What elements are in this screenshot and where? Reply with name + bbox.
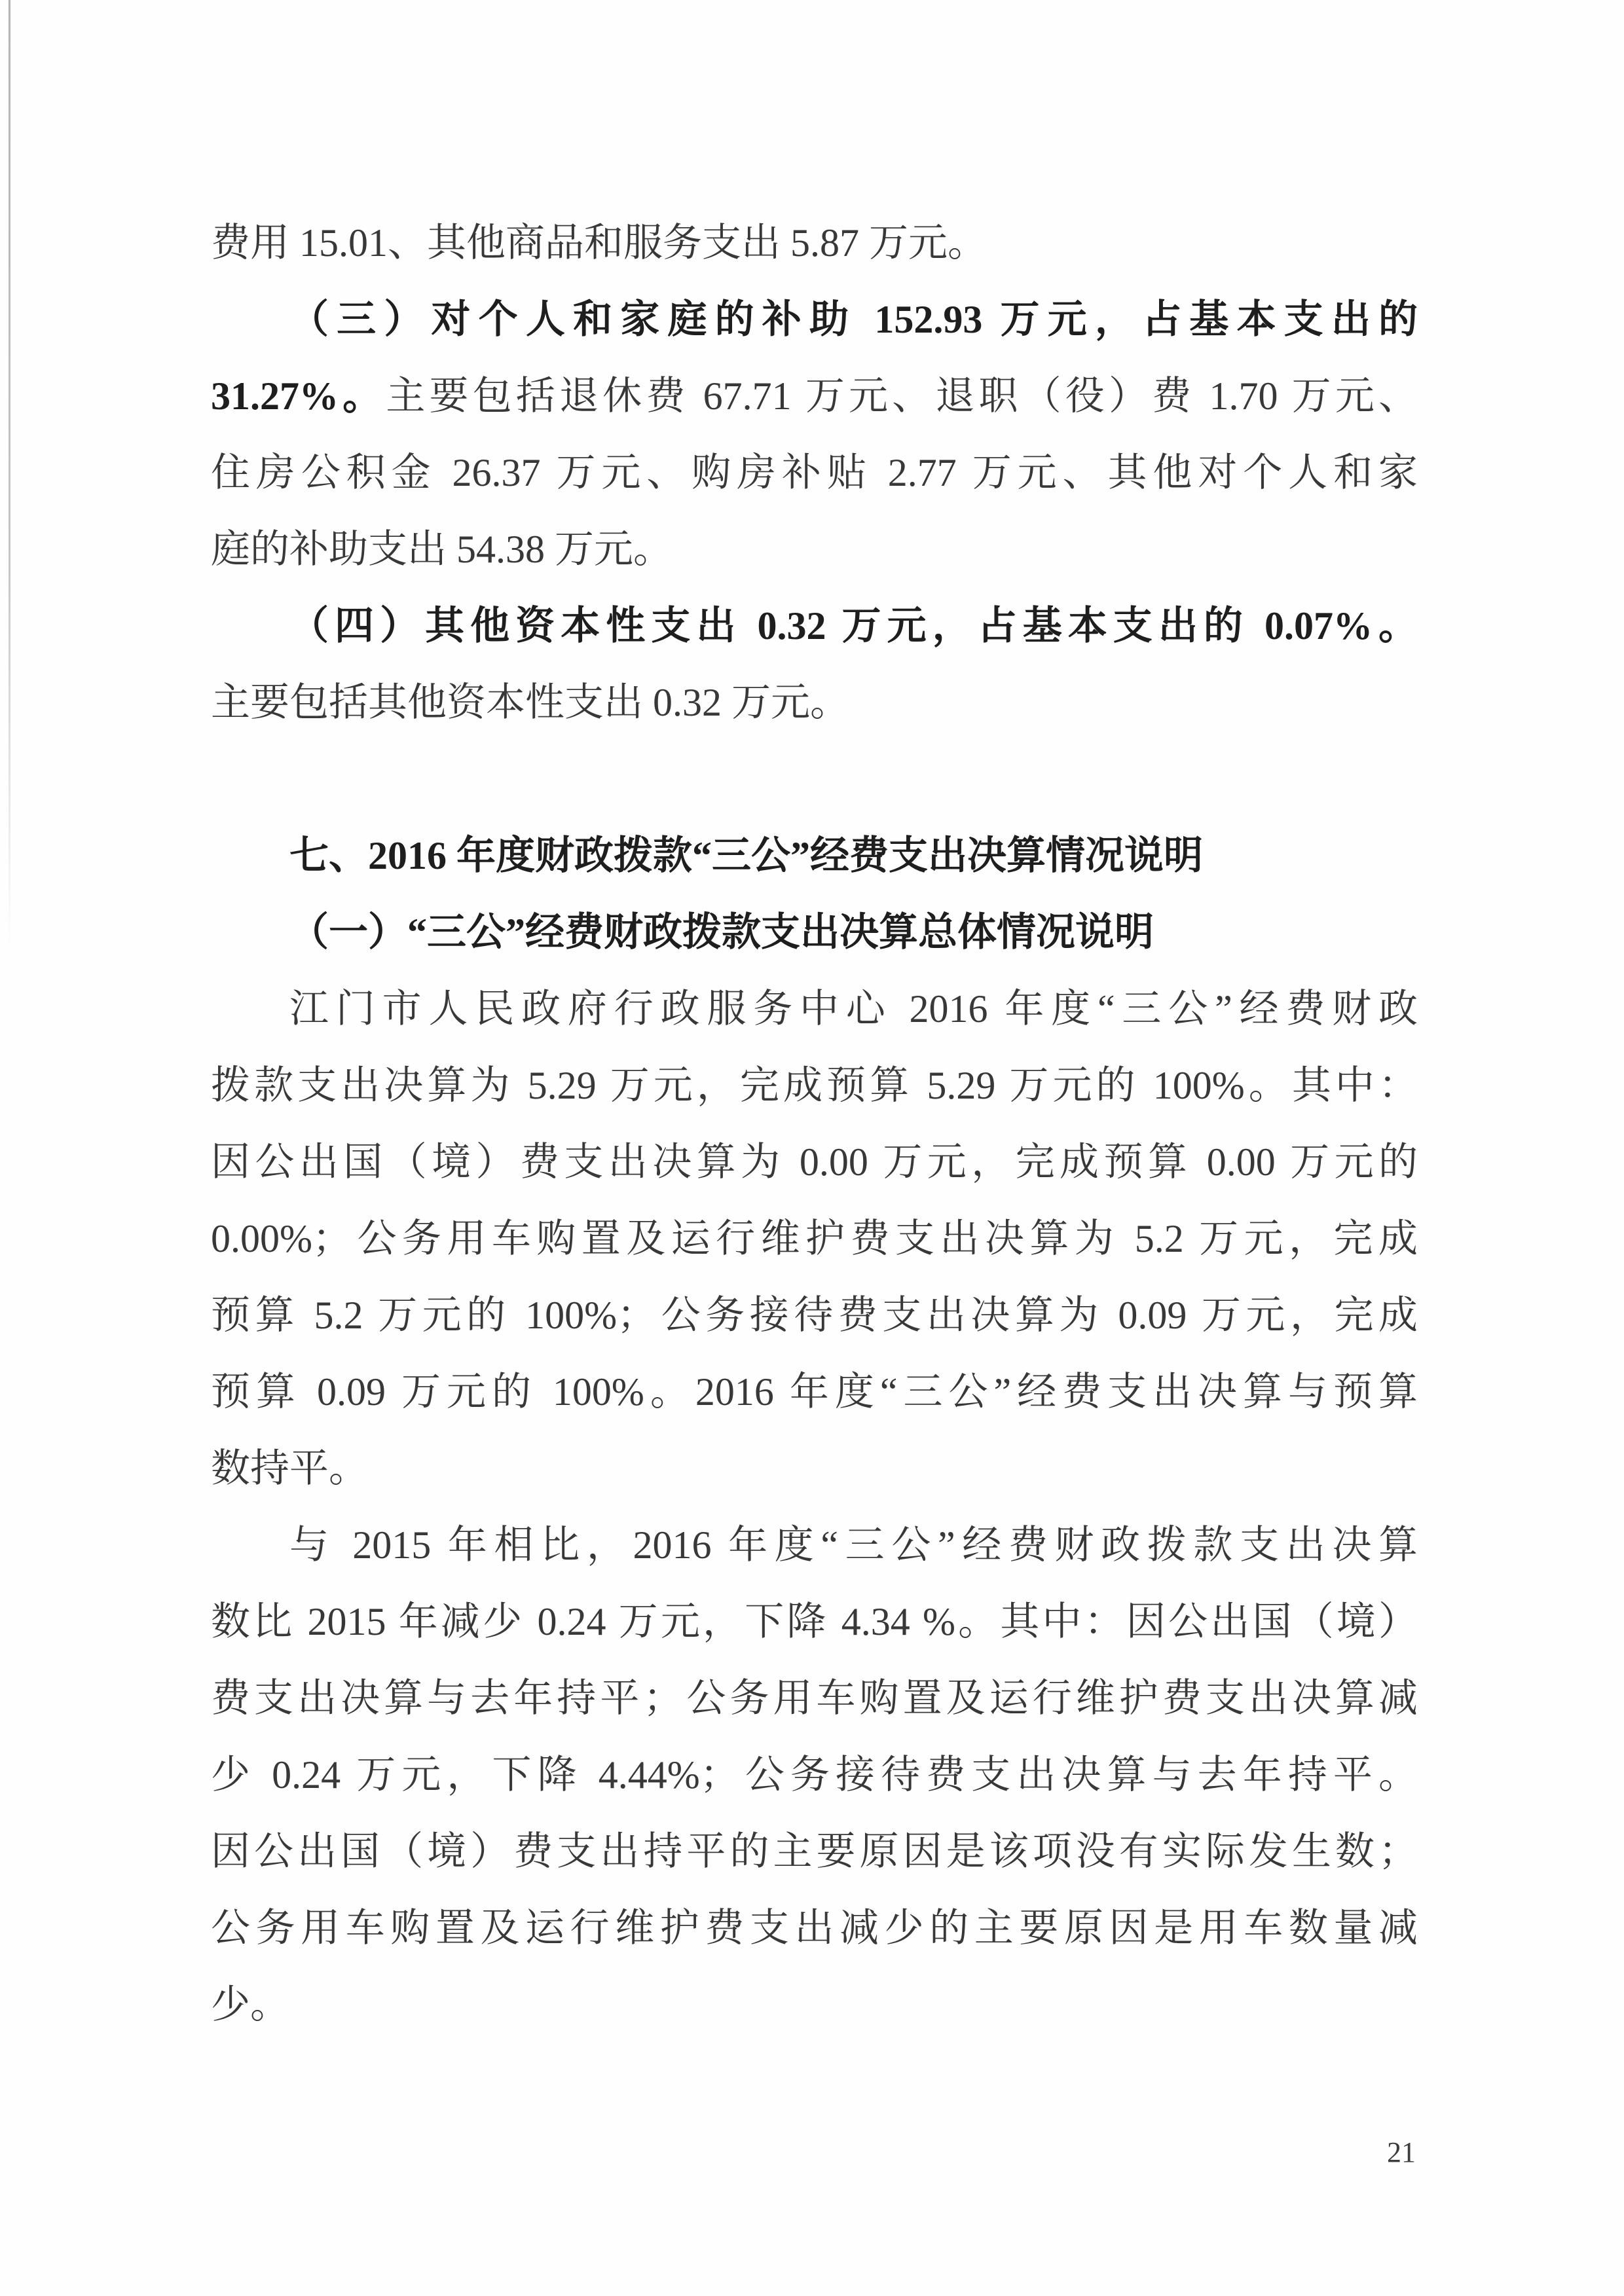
text-line-3: 31.27%。主要包括退休费 67.71 万元、退职（役）费 1.70 万元、 xyxy=(211,358,1418,435)
text-line-19: 数比 2015 年减少 0.24 万元，下降 4.34 %。其中：因公出国（境） xyxy=(211,1584,1418,1660)
text-segment: 公务用车购置及运行维护费支出减少的主要原因是用车数量减 xyxy=(211,1906,1418,1950)
document-page: 费用 15.01、其他商品和服务支出 5.87 万元。（三）对个人和家庭的补助 … xyxy=(0,0,1624,2296)
text-line-14: 0.00%；公务用车购置及运行维护费支出决算为 5.2 万元，完成 xyxy=(211,1201,1418,1277)
text-segment: 费用 15.01、其他商品和服务支出 5.87 万元。 xyxy=(211,221,987,264)
bold-text-segment: （四）其他资本性支出 0.32 万元，占基本支出的 0.07%。 xyxy=(289,604,1418,647)
text-line-12: 拨款支出决算为 5.29 万元，完成预算 5.29 万元的 100%。其中： xyxy=(211,1048,1418,1124)
text-line-16: 预算 0.09 万元的 100%。2016 年度“三公”经费支出决算与预算 xyxy=(211,1354,1418,1430)
blank-line-8 xyxy=(211,741,1418,818)
text-segment: 主要包括其他资本性支出 0.32 万元。 xyxy=(211,681,849,724)
text-line-11: 江门市人民政府行政服务中心 2016 年度“三公”经费财政 xyxy=(211,971,1418,1048)
text-line-20: 费支出决算与去年持平；公务用车购置及运行维护费支出决算减 xyxy=(211,1660,1418,1737)
text-line-15: 预算 5.2 万元的 100%；公务接待费支出决算为 0.09 万元，完成 xyxy=(211,1277,1418,1354)
text-line-24: 少。 xyxy=(211,1967,1418,2043)
text-line-2: （三）对个人和家庭的补助 152.93 万元，占基本支出的 xyxy=(211,282,1418,358)
text-line-21: 少 0.24 万元，下降 4.44%；公务接待费支出决算与去年持平。 xyxy=(211,1737,1418,1813)
bold-text-segment: （一）“三公”经费财政拨款支出决算总体情况说明 xyxy=(289,911,1154,954)
text-line-5: 庭的补助支出 54.38 万元。 xyxy=(211,511,1418,588)
text-segment: 与 2015 年相比，2016 年度“三公”经费财政拨款支出决算 xyxy=(289,1523,1418,1567)
page-number: 21 xyxy=(1387,2136,1416,2170)
text-segment: 预算 0.09 万元的 100%。2016 年度“三公”经费支出决算与预算 xyxy=(211,1370,1418,1413)
text-line-22: 因公出国（境）费支出持平的主要原因是该项没有实际发生数； xyxy=(211,1813,1418,1890)
text-segment: 0.00%；公务用车购置及运行维护费支出决算为 5.2 万元，完成 xyxy=(211,1217,1418,1260)
text-block: 费用 15.01、其他商品和服务支出 5.87 万元。（三）对个人和家庭的补助 … xyxy=(211,205,1418,2043)
text-line-6: （四）其他资本性支出 0.32 万元，占基本支出的 0.07%。 xyxy=(211,588,1418,665)
text-line-23: 公务用车购置及运行维护费支出减少的主要原因是用车数量减 xyxy=(211,1890,1418,1967)
scan-edge-artifact xyxy=(9,0,10,949)
text-segment: 费支出决算与去年持平；公务用车购置及运行维护费支出决算减 xyxy=(211,1677,1418,1720)
bold-text-segment: 七、2016 年度财政拨款“三公”经费支出决算情况说明 xyxy=(289,834,1203,877)
text-segment: 数比 2015 年减少 0.24 万元，下降 4.34 %。其中：因公出国（境） xyxy=(211,1600,1418,1643)
text-line-17: 数持平。 xyxy=(211,1430,1418,1507)
text-line-4: 住房公积金 26.37 万元、购房补贴 2.77 万元、其他对个人和家 xyxy=(211,435,1418,511)
heading-line-10: （一）“三公”经费财政拨款支出决算总体情况说明 xyxy=(211,894,1418,971)
text-segment: 江门市人民政府行政服务中心 2016 年度“三公”经费财政 xyxy=(289,987,1418,1030)
bold-text-segment: 31.27%。 xyxy=(211,374,386,418)
text-segment: 拨款支出决算为 5.29 万元，完成预算 5.29 万元的 100%。其中： xyxy=(211,1064,1418,1107)
text-segment: 数持平。 xyxy=(211,1447,368,1490)
text-segment: 住房公积金 26.37 万元、购房补贴 2.77 万元、其他对个人和家 xyxy=(211,451,1418,494)
text-segment: 预算 5.2 万元的 100%；公务接待费支出决算为 0.09 万元，完成 xyxy=(211,1294,1418,1337)
text-line-1: 费用 15.01、其他商品和服务支出 5.87 万元。 xyxy=(211,205,1418,282)
text-line-13: 因公出国（境）费支出决算为 0.00 万元，完成预算 0.00 万元的 xyxy=(211,1124,1418,1201)
text-line-18: 与 2015 年相比，2016 年度“三公”经费财政拨款支出决算 xyxy=(211,1507,1418,1584)
text-segment: 庭的补助支出 54.38 万元。 xyxy=(211,528,673,571)
bold-text-segment: （三）对个人和家庭的补助 152.93 万元，占基本支出的 xyxy=(289,298,1418,341)
heading-line-9: 七、2016 年度财政拨款“三公”经费支出决算情况说明 xyxy=(211,818,1418,894)
text-segment: 因公出国（境）费支出持平的主要原因是该项没有实际发生数； xyxy=(211,1830,1418,1873)
text-segment: 少。 xyxy=(211,1983,289,2026)
text-line-7: 主要包括其他资本性支出 0.32 万元。 xyxy=(211,665,1418,741)
text-segment: 少 0.24 万元，下降 4.44%；公务接待费支出决算与去年持平。 xyxy=(211,1753,1418,1796)
text-segment: 主要包括退休费 67.71 万元、退职（役）费 1.70 万元、 xyxy=(386,374,1418,418)
text-segment: 因公出国（境）费支出决算为 0.00 万元，完成预算 0.00 万元的 xyxy=(211,1140,1418,1184)
